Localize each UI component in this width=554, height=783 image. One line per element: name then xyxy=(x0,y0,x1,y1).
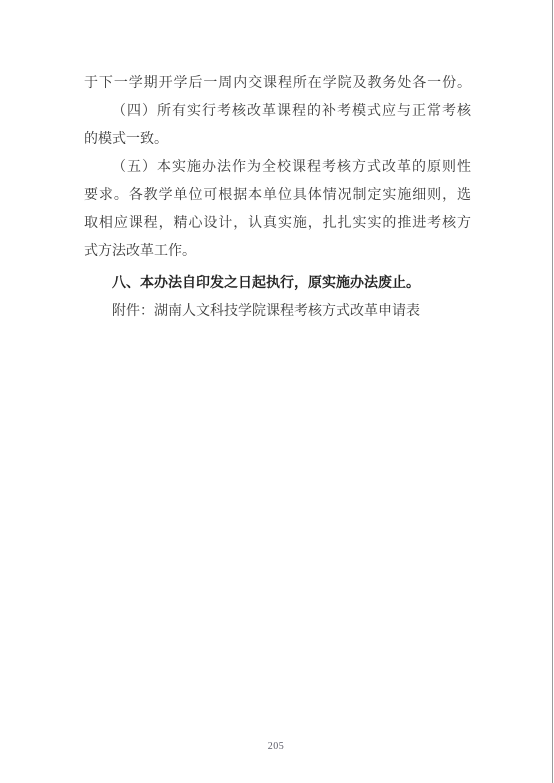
page-edge-line xyxy=(552,0,553,783)
paragraph-section-eight: 八、本办法自印发之日起执行，原实施办法废止。 xyxy=(84,270,471,298)
text-line: （五）本实施办法作为全校课程考核方式改革的原则性 xyxy=(84,154,471,182)
text-line: 于下一学期开学后一周内交课程所在学院及教务处各一份。 xyxy=(84,70,471,98)
document-page: 于下一学期开学后一周内交课程所在学院及教务处各一份。 （四）所有实行考核改革课程… xyxy=(0,0,554,783)
paragraph-item-four: （四）所有实行考核改革课程的补考模式应与正常考核 的模式一致。 xyxy=(84,98,471,154)
text-line: 取相应课程，精心设计，认真实施，扎扎实实的推进考核方 xyxy=(84,210,471,238)
text-line-bold: 八、本办法自印发之日起执行，原实施办法废止。 xyxy=(84,270,471,298)
document-body: 于下一学期开学后一周内交课程所在学院及教务处各一份。 （四）所有实行考核改革课程… xyxy=(84,70,471,326)
paragraph-attachment: 附件：湖南人文科技学院课程考核方式改革申请表 xyxy=(84,298,471,326)
text-line: （四）所有实行考核改革课程的补考模式应与正常考核 xyxy=(84,98,471,126)
paragraph-item-five: （五）本实施办法作为全校课程考核方式改革的原则性 要求。各教学单位可根据本单位具… xyxy=(84,154,471,266)
text-line: 式方法改革工作。 xyxy=(84,238,471,266)
page-number: 205 xyxy=(0,741,552,752)
text-line: 要求。各教学单位可根据本单位具体情况制定实施细则，选 xyxy=(84,182,471,210)
paragraph-continuation: 于下一学期开学后一周内交课程所在学院及教务处各一份。 xyxy=(84,70,471,98)
text-line: 附件：湖南人文科技学院课程考核方式改革申请表 xyxy=(84,298,471,326)
text-line: 的模式一致。 xyxy=(84,126,471,154)
